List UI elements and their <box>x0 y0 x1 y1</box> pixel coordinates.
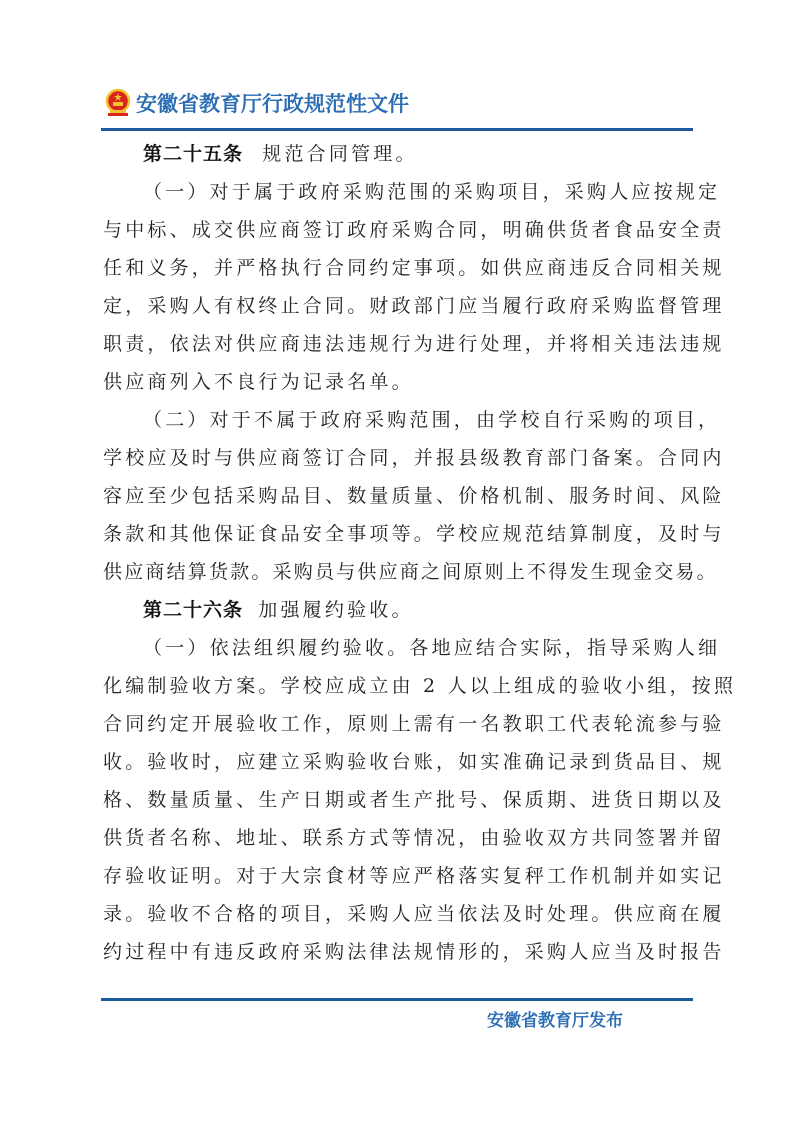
paragraph-line: 收。验收时，应建立采购验收台账，如实准确记录到货品目、规 <box>103 743 715 781</box>
header-divider <box>101 128 693 131</box>
article-heading: 第二十六条 加强履约验收。 <box>103 591 715 629</box>
paragraph-line: 容应至少包括采购品目、数量质量、价格机制、服务时间、风险 <box>103 477 715 515</box>
article-number: 第二十六条 <box>143 599 243 621</box>
paragraph-line: 供应商结算货款。采购员与供应商之间原则上不得发生现金交易。 <box>103 553 715 591</box>
article-number: 第二十五条 <box>143 143 243 165</box>
paragraph-line: （一）对于属于政府采购范围的采购项目，采购人应按规定 <box>103 173 715 211</box>
paragraph-line: （一）依法组织履约验收。各地应结合实际，指导采购人细 <box>103 629 715 667</box>
document-body: 第二十五条 规范合同管理。 （一）对于属于政府采购范围的采购项目，采购人应按规定… <box>103 135 715 971</box>
paragraph-line: 合同约定开展验收工作，原则上需有一名教职工代表轮流参与验 <box>103 705 715 743</box>
document-series-title: 安徽省教育厅行政规范性文件 <box>136 88 409 118</box>
paragraph-line: 供货者名称、地址、联系方式等情况，由验收双方共同签署并留 <box>103 819 715 857</box>
paragraph-line: 化编制验收方案。学校应成立由 2 人以上组成的验收小组，按照 <box>103 667 715 705</box>
paragraph-line: 任和义务，并严格执行合同约定事项。如供应商违反合同相关规 <box>103 249 715 287</box>
footer-divider <box>101 998 693 1001</box>
national-emblem-icon <box>104 88 132 118</box>
paragraph-line: （二）对于不属于政府采购范围，由学校自行采购的项目， <box>103 401 715 439</box>
paragraph-line: 录。验收不合格的项目，采购人应当依法及时处理。供应商在履 <box>103 895 715 933</box>
document-header: 安徽省教育厅行政规范性文件 <box>104 86 409 120</box>
article-title: 规范合同管理。 <box>262 143 417 165</box>
paragraph-line: 学校应及时与供应商签订合同，并报县级教育部门备案。合同内 <box>103 439 715 477</box>
article-title: 加强履约验收。 <box>258 599 413 621</box>
paragraph-line: 存验收证明。对于大宗食材等应严格落实复秤工作机制并如实记 <box>103 857 715 895</box>
article-heading: 第二十五条 规范合同管理。 <box>103 135 715 173</box>
paragraph-line: 供应商列入不良行为记录名单。 <box>103 363 715 401</box>
paragraph-line: 条款和其他保证食品安全事项等。学校应规范结算制度，及时与 <box>103 515 715 553</box>
paragraph-line: 约过程中有违反政府采购法律法规情形的，采购人应当及时报告 <box>103 933 715 971</box>
paragraph-line: 定，采购人有权终止合同。财政部门应当履行政府采购监督管理 <box>103 287 715 325</box>
paragraph-line: 与中标、成交供应商签订政府采购合同，明确供货者食品安全责 <box>103 211 715 249</box>
publisher-label: 安徽省教育厅发布 <box>487 1006 623 1031</box>
paragraph-line: 格、数量质量、生产日期或者生产批号、保质期、进货日期以及 <box>103 781 715 819</box>
paragraph-line: 职责，依法对供应商违法违规行为进行处理，并将相关违法违规 <box>103 325 715 363</box>
